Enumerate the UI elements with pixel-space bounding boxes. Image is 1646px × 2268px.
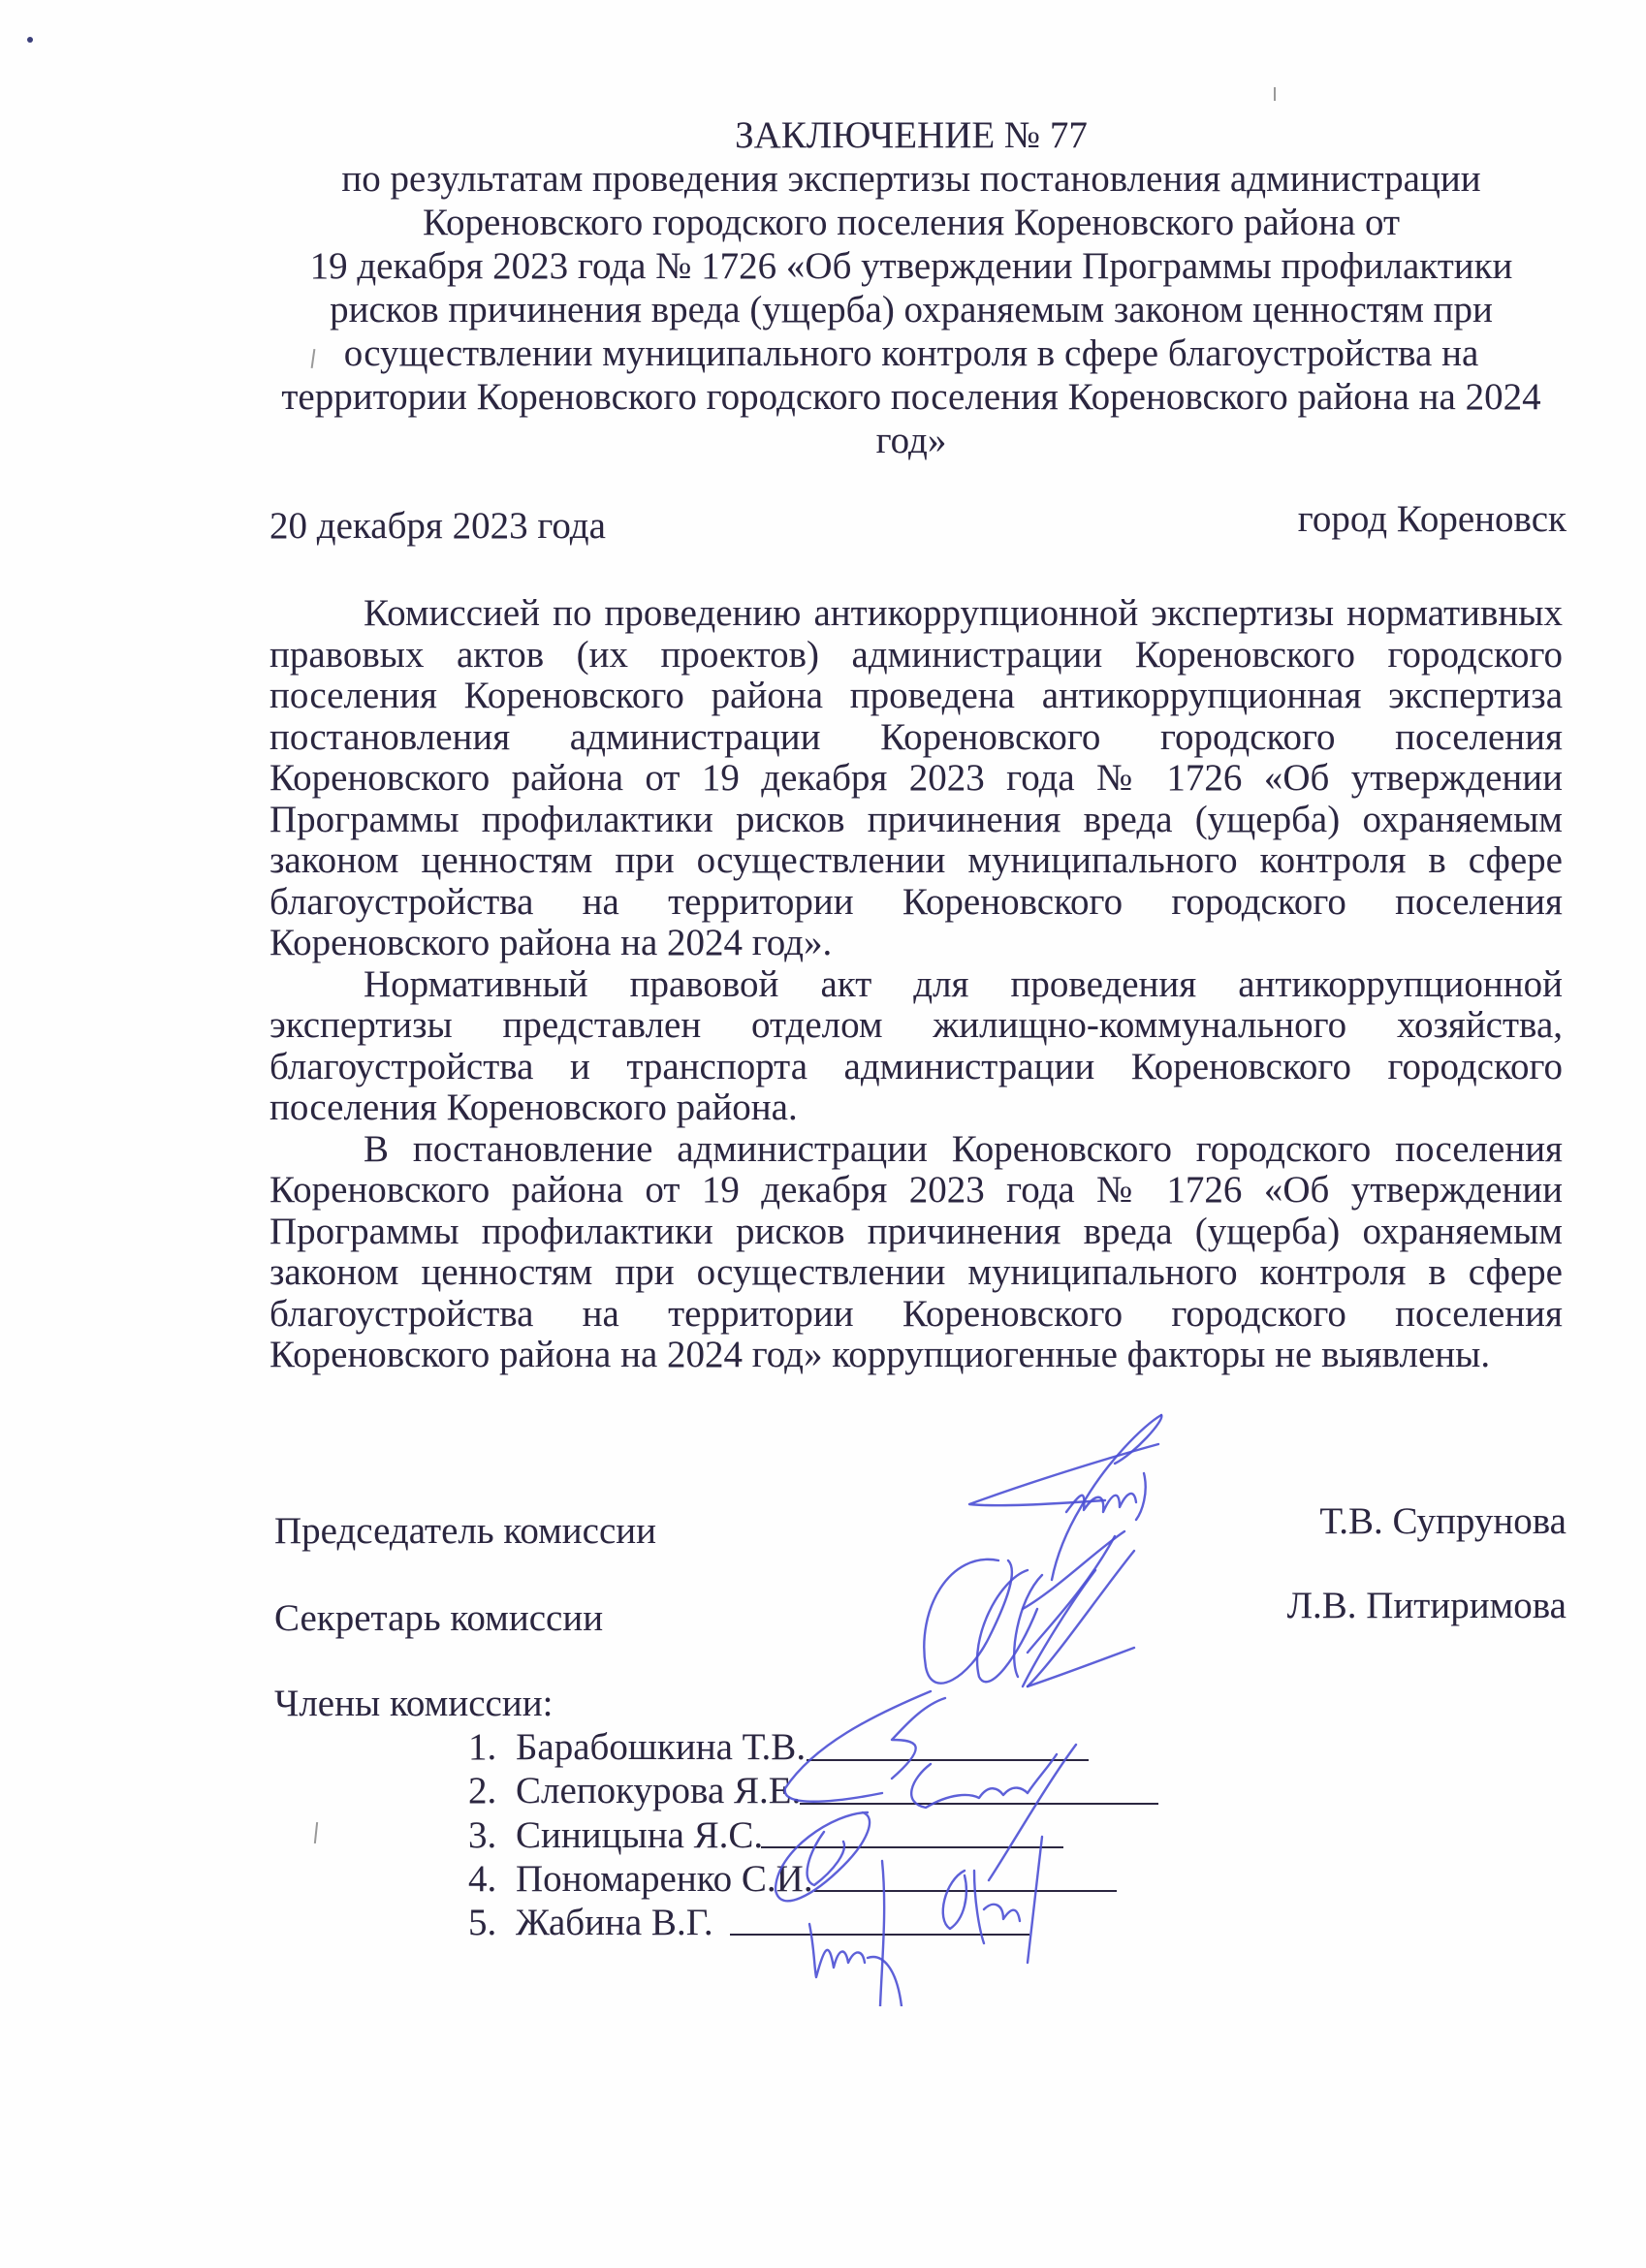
member-signatures (756, 1686, 1202, 2006)
paragraph-line: В постановление администрации Кореновско… (364, 1127, 1563, 1171)
paragraph-line: поселения Кореновского района. (269, 1086, 798, 1129)
secretary-role: Секретарь комиссии (274, 1596, 603, 1640)
document-page: ЗАКЛЮЧЕНИЕ № 77 по результатам проведени… (0, 0, 1646, 2268)
member-number: 5. (468, 1901, 496, 1944)
paragraph-line: Кореновского района от 19 декабря 2023 г… (269, 1168, 1563, 1212)
paragraph-line: законом ценностям при осуществлении муни… (269, 838, 1563, 882)
paragraph-line: экспертизы представлен отделом жилищно-к… (269, 1003, 1563, 1047)
paragraph-line: Комиссией по проведению антикоррупционно… (364, 591, 1563, 635)
paragraph-line: Программы профилактики рисков причинения… (269, 798, 1563, 841)
subtitle-line: Кореновского городского поселения Корено… (242, 201, 1580, 244)
paragraph-line: Кореновского района от 19 декабря 2023 г… (269, 756, 1563, 800)
paragraph-line: постановления администрации Кореновского… (269, 715, 1563, 759)
paragraph-line: Кореновского района на 2024 год» коррупц… (269, 1333, 1490, 1376)
paragraph-line: Нормативный правовой акт для проведения … (364, 962, 1563, 1006)
paragraph-line: благоустройства на территории Кореновско… (269, 1292, 1563, 1336)
member-name: Синицына Я.С. (516, 1813, 763, 1857)
scan-mark (1274, 87, 1276, 101)
paragraph-line: законом ценностям при осуществлении муни… (269, 1250, 1563, 1294)
member-name: Жабина В.Г. (516, 1901, 713, 1944)
chairman-name: Т.В. Супрунова (1319, 1499, 1567, 1543)
subtitle-line: территории Кореновского городского посел… (242, 375, 1580, 419)
paragraph-line: благоустройства на территории Кореновско… (269, 880, 1563, 924)
member-number: 1. (468, 1725, 496, 1769)
scan-speck (27, 37, 33, 43)
chairman-role: Председатель комиссии (274, 1509, 656, 1553)
subtitle-line: по результатам проведения экспертизы пос… (242, 157, 1580, 201)
subtitle-line: год» (242, 419, 1580, 462)
subtitle-line: 19 декабря 2023 года № 1726 «Об утвержде… (242, 244, 1580, 288)
member-number: 2. (468, 1769, 496, 1812)
members-label: Члены комиссии: (274, 1682, 553, 1725)
paragraph-line: благоустройства и транспорта администрац… (269, 1045, 1563, 1088)
document-title: ЗАКЛЮЧЕНИЕ № 77 (242, 113, 1580, 157)
member-number: 4. (468, 1857, 496, 1901)
paragraph-line: правовых актов (их проектов) администрац… (269, 633, 1563, 677)
document-place: город Кореновск (1298, 497, 1567, 541)
scan-mark (314, 1822, 318, 1843)
paragraph-line: поселения Кореновского района проведена … (269, 674, 1563, 717)
member-number: 3. (468, 1813, 496, 1857)
document-date: 20 декабря 2023 года (269, 504, 606, 548)
secretary-name: Л.В. Питиримова (1287, 1584, 1567, 1627)
subtitle-line: осуществлении муниципального контроля в … (242, 331, 1580, 375)
paragraph-line: Кореновского района на 2024 год». (269, 921, 832, 964)
subtitle-line: рисков причинения вреда (ущерба) охраняе… (242, 288, 1580, 331)
paragraph-line: Программы профилактики рисков причинения… (269, 1210, 1563, 1253)
